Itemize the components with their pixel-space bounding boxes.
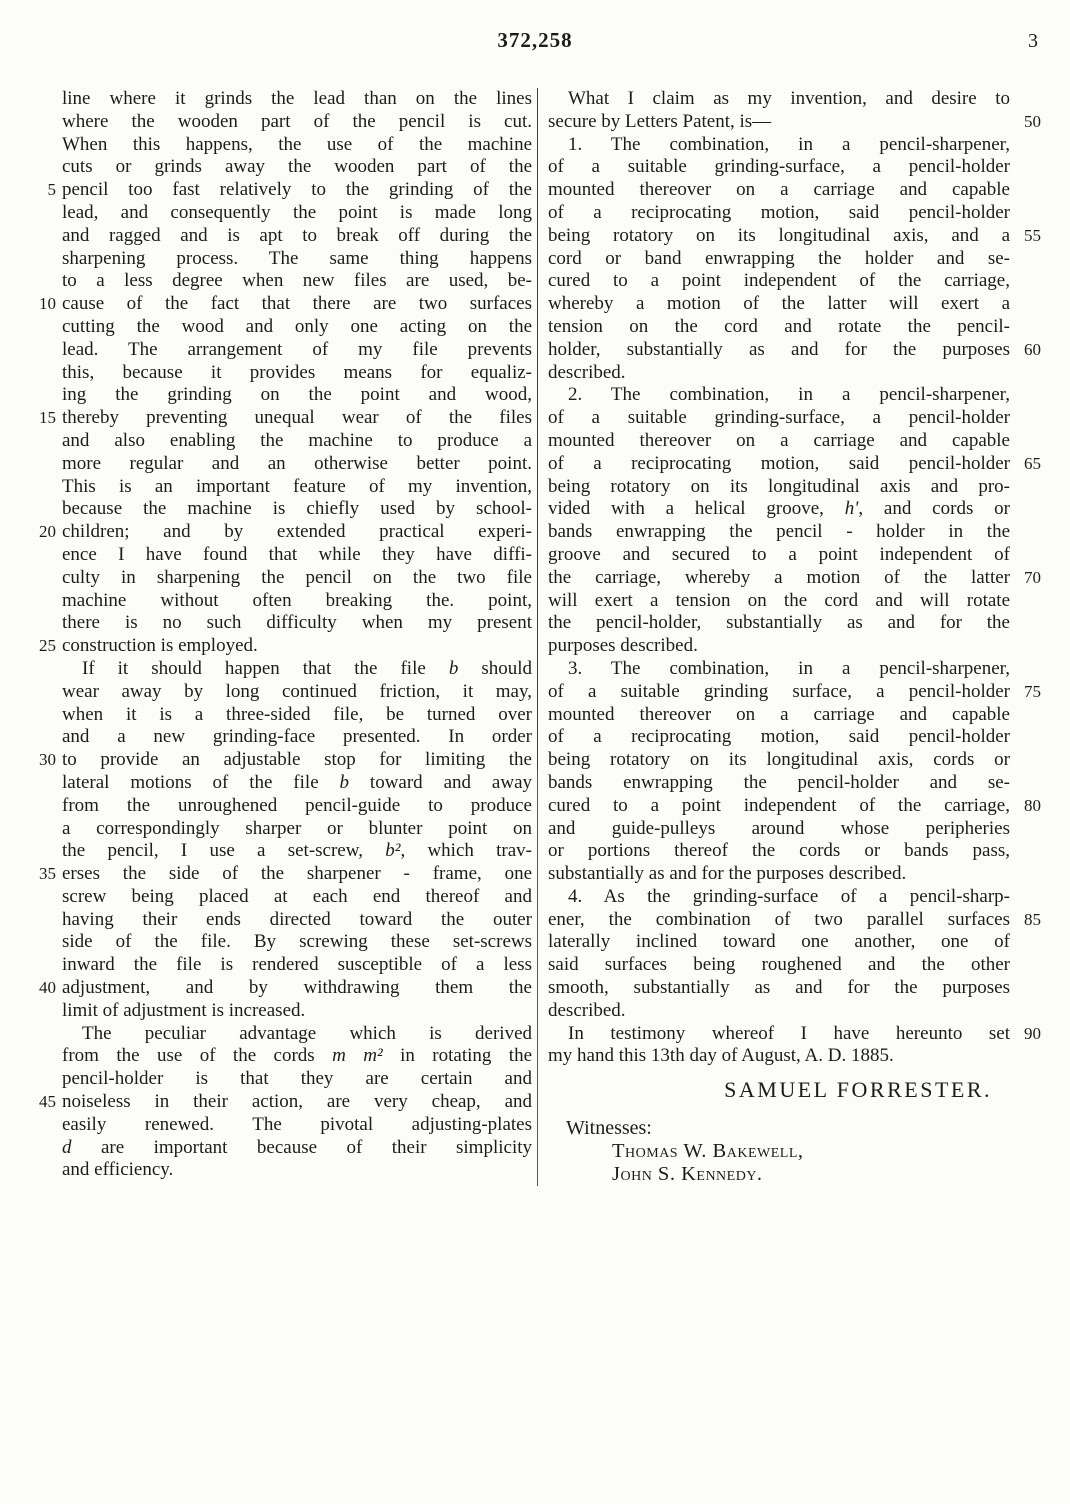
text-line: secure by Letters Patent, is—50: [548, 111, 1060, 134]
line-number: [26, 795, 56, 818]
line-text: easily renewed. The pivotal adjusting-pl…: [62, 1114, 532, 1137]
line-number: [1010, 316, 1060, 339]
line-text: pencil-holder is that they are certain a…: [62, 1068, 532, 1091]
line-number: [1010, 156, 1060, 179]
witness-name: Thomas W. Bakewell,: [548, 1140, 1060, 1163]
line-text: cured to a point independent of the carr…: [548, 270, 1010, 293]
line-text: there is no such difficulty when my pres…: [62, 612, 532, 635]
line-text: limit of adjustment is increased.: [62, 1000, 532, 1023]
text-line: mounted thereover on a carriage and capa…: [548, 430, 1060, 453]
text-line: What I claim as my invention, and desire…: [548, 88, 1060, 111]
line-text: culty in sharpening the pencil on the tw…: [62, 567, 532, 590]
text-line: being rotatory on its longitudinal axis,…: [548, 749, 1060, 772]
line-text: whereby a motion of the latter will exer…: [548, 293, 1010, 316]
line-number: [26, 590, 56, 613]
text-line: lateral motions of the file b toward and…: [26, 772, 532, 795]
patent-page: 372,258 3 line where it grinds the lead …: [0, 0, 1070, 1504]
text-line: or portions thereof the cords or bands p…: [548, 840, 1060, 863]
text-line: 45noiseless in their action, are very ch…: [26, 1091, 532, 1114]
line-number: [26, 1137, 56, 1160]
text-line: described.: [548, 1000, 1060, 1023]
line-number: 50: [1010, 111, 1060, 134]
line-number: [26, 612, 56, 635]
text-line: where the wooden part of the pencil is c…: [26, 111, 532, 134]
text-line: substantially as and for the purposes de…: [548, 863, 1060, 886]
text-line: lead. The arrangement of my file prevent…: [26, 339, 532, 362]
line-text: mounted thereover on a carriage and capa…: [548, 430, 1010, 453]
line-number: [26, 931, 56, 954]
line-text: pencil too fast relatively to the grindi…: [62, 179, 532, 202]
line-number: [26, 316, 56, 339]
line-text: ing the grinding on the point and wood,: [62, 384, 532, 407]
text-line: the pencil, I use a set-screw, b², which…: [26, 840, 532, 863]
text-line: more regular and an otherwise better poi…: [26, 453, 532, 476]
line-text: this, because it provides means for equa…: [62, 362, 532, 385]
line-number: 10: [26, 293, 56, 316]
line-number: [26, 886, 56, 909]
line-number: [1010, 1000, 1060, 1023]
line-text: ener, the combination of two parallel su…: [548, 909, 1010, 932]
line-text: cutting the wood and only one acting on …: [62, 316, 532, 339]
line-number: [26, 156, 56, 179]
line-number: [1010, 635, 1060, 658]
text-line: will exert a tension on the cord and wil…: [548, 590, 1060, 613]
line-text: of a suitable grinding-surface, a pencil…: [548, 156, 1010, 179]
text-line: vided with a helical groove, h', and cor…: [548, 498, 1060, 521]
line-number: [26, 681, 56, 704]
line-text: 1. The combination, in a pencil-sharpene…: [548, 134, 1010, 157]
line-number: 65: [1010, 453, 1060, 476]
line-number: [1010, 863, 1060, 886]
text-line: inward the file is rendered susceptible …: [26, 954, 532, 977]
line-text: to a less degree when new files are used…: [62, 270, 532, 293]
line-text: mounted thereover on a carriage and capa…: [548, 704, 1010, 727]
line-text: cause of the fact that there are two sur…: [62, 293, 532, 316]
line-number: [1010, 270, 1060, 293]
text-line: bands enwrapping the pencil-holder and s…: [548, 772, 1060, 795]
line-number: [26, 544, 56, 567]
line-number: [1010, 818, 1060, 841]
text-line: being rotatory on its longitudinal axis,…: [548, 225, 1060, 248]
line-text: of a reciprocating motion, said pencil-h…: [548, 726, 1010, 749]
text-line: there is no such difficulty when my pres…: [26, 612, 532, 635]
line-number: 15: [26, 407, 56, 430]
line-number: [1010, 134, 1060, 157]
text-line: bands enwrapping the pencil - holder in …: [548, 521, 1060, 544]
line-number: [1010, 1045, 1060, 1068]
right-column: What I claim as my invention, and desire…: [548, 88, 1060, 1186]
text-line: This is an important feature of my inven…: [26, 476, 532, 499]
line-text: a correspondingly sharper or blunter poi…: [62, 818, 532, 841]
line-number: [26, 88, 56, 111]
line-number: [1010, 498, 1060, 521]
text-line: and also enabling the machine to produce…: [26, 430, 532, 453]
text-line: of a reciprocating motion, said pencil-h…: [548, 202, 1060, 225]
text-line: limit of adjustment is increased.: [26, 1000, 532, 1023]
text-line: to a less degree when new files are used…: [26, 270, 532, 293]
line-number: 35: [26, 863, 56, 886]
line-text: vided with a helical groove, h', and cor…: [548, 498, 1010, 521]
line-number: [1010, 954, 1060, 977]
line-number: [26, 818, 56, 841]
line-text: lead. The arrangement of my file prevent…: [62, 339, 532, 362]
text-line: 1. The combination, in a pencil-sharpene…: [548, 134, 1060, 157]
line-text: construction is employed.: [62, 635, 532, 658]
line-text: lead, and consequently the point is made…: [62, 202, 532, 225]
line-number: [26, 384, 56, 407]
line-number: [1010, 658, 1060, 681]
text-line: being rotatory on its longitudinal axis …: [548, 476, 1060, 499]
line-text: mounted thereover on a carriage and capa…: [548, 179, 1010, 202]
text-line: 20children; and by extended practical ex…: [26, 521, 532, 544]
line-text: being rotatory on its longitudinal axis,…: [548, 749, 1010, 772]
text-line: 10cause of the fact that there are two s…: [26, 293, 532, 316]
line-number: [26, 1045, 56, 1068]
line-text: to provide an adjustable stop for limiti…: [62, 749, 532, 772]
text-line: sharpening process. The same thing happe…: [26, 248, 532, 271]
line-text: If it should happen that the file b shou…: [62, 658, 532, 681]
line-text: my hand this 13th day of August, A. D. 1…: [548, 1045, 1010, 1068]
text-line: whereby a motion of the latter will exer…: [548, 293, 1060, 316]
line-text: inward the file is rendered susceptible …: [62, 954, 532, 977]
line-text: and a new grinding-face presented. In or…: [62, 726, 532, 749]
line-text: laterally inclined toward one another, o…: [548, 931, 1010, 954]
text-line: purposes described.: [548, 635, 1060, 658]
line-number: [1010, 476, 1060, 499]
line-number: 55: [1010, 225, 1060, 248]
left-column-lines: line where it grinds the lead than on th…: [26, 88, 532, 1182]
text-line: and efficiency.: [26, 1159, 532, 1182]
line-number: [1010, 977, 1060, 1000]
line-text: children; and by extended practical expe…: [62, 521, 532, 544]
text-line: and ragged and is apt to break off durin…: [26, 225, 532, 248]
line-number: [26, 954, 56, 977]
line-text: of a suitable grinding-surface, a pencil…: [548, 407, 1010, 430]
line-number: [26, 430, 56, 453]
line-number: [26, 362, 56, 385]
text-line: side of the file. By screwing these set-…: [26, 931, 532, 954]
line-text: 4. As the grinding-surface of a pencil-s…: [548, 886, 1010, 909]
text-line: described.: [548, 362, 1060, 385]
text-line: 2. The combination, in a pencil-sharpene…: [548, 384, 1060, 407]
line-text: and guide-pulleys around whose peripheri…: [548, 818, 1010, 841]
line-text: side of the file. By screwing these set-…: [62, 931, 532, 954]
page-number: 3: [1028, 30, 1038, 53]
line-text: holder, substantially as and for the pur…: [548, 339, 1010, 362]
text-line: of a reciprocating motion, said pencil-h…: [548, 726, 1060, 749]
text-line: line where it grinds the lead than on th…: [26, 88, 532, 111]
text-line: The peculiar advantage which is derived: [26, 1023, 532, 1046]
line-number: 20: [26, 521, 56, 544]
line-text: being rotatory on its longitudinal axis …: [548, 476, 1010, 499]
left-column: line where it grinds the lead than on th…: [26, 88, 532, 1182]
line-number: [1010, 931, 1060, 954]
line-number: [26, 567, 56, 590]
text-line: cured to a point independent of the carr…: [548, 270, 1060, 293]
line-number: [1010, 772, 1060, 795]
line-number: [1010, 840, 1060, 863]
line-text: screw being placed at each end thereof a…: [62, 886, 532, 909]
line-text: described.: [548, 1000, 1010, 1023]
line-text: groove and secured to a point independen…: [548, 544, 1010, 567]
text-line: because the machine is chiefly used by s…: [26, 498, 532, 521]
text-line: and guide-pulleys around whose peripheri…: [548, 818, 1060, 841]
text-line: 5pencil too fast relatively to the grind…: [26, 179, 532, 202]
line-number: [26, 498, 56, 521]
text-line: my hand this 13th day of August, A. D. 1…: [548, 1045, 1060, 1068]
line-number: [1010, 362, 1060, 385]
line-text: will exert a tension on the cord and wil…: [548, 590, 1010, 613]
text-line: of a suitable grinding-surface, a pencil…: [548, 407, 1060, 430]
line-number: [26, 1068, 56, 1091]
line-number: [26, 202, 56, 225]
text-line: when it is a three-sided file, be turned…: [26, 704, 532, 727]
text-line: If it should happen that the file b shou…: [26, 658, 532, 681]
line-number: [26, 704, 56, 727]
line-number: 70: [1010, 567, 1060, 590]
line-text: lateral motions of the file b toward and…: [62, 772, 532, 795]
line-number: [26, 225, 56, 248]
text-line: 25construction is employed.: [26, 635, 532, 658]
line-text: This is an important feature of my inven…: [62, 476, 532, 499]
line-number: [1010, 407, 1060, 430]
line-number: [26, 726, 56, 749]
line-text: d are important because of their simplic…: [62, 1137, 532, 1160]
line-number: 40: [26, 977, 56, 1000]
line-text: when it is a three-sided file, be turned…: [62, 704, 532, 727]
text-line: mounted thereover on a carriage and capa…: [548, 704, 1060, 727]
line-number: [1010, 590, 1060, 613]
text-line: of a suitable grinding surface, a pencil…: [548, 681, 1060, 704]
line-text: of a reciprocating motion, said pencil-h…: [548, 453, 1010, 476]
line-text: When this happens, the use of the machin…: [62, 134, 532, 157]
text-line: of a reciprocating motion, said pencil-h…: [548, 453, 1060, 476]
text-line: When this happens, the use of the machin…: [26, 134, 532, 157]
text-line: this, because it provides means for equa…: [26, 362, 532, 385]
line-text: from the use of the cords m m² in rotati…: [62, 1045, 532, 1068]
line-text: or portions thereof the cords or bands p…: [548, 840, 1010, 863]
text-line: wear away by long continued friction, it…: [26, 681, 532, 704]
text-line: machine without often breaking the. poin…: [26, 590, 532, 613]
text-line: a correspondingly sharper or blunter poi…: [26, 818, 532, 841]
right-column-lines: What I claim as my invention, and desire…: [548, 88, 1060, 1068]
text-line: 4. As the grinding-surface of a pencil-s…: [548, 886, 1060, 909]
line-number: [1010, 612, 1060, 635]
line-text: tension on the cord and rotate the penci…: [548, 316, 1010, 339]
line-number: [1010, 88, 1060, 111]
line-number: 5: [26, 179, 56, 202]
patent-number: 372,258: [0, 28, 1070, 53]
text-line: ence I have found that while they have d…: [26, 544, 532, 567]
line-number: [26, 1000, 56, 1023]
line-number: 45: [26, 1091, 56, 1114]
text-line: 30to provide an adjustable stop for limi…: [26, 749, 532, 772]
line-text: What I claim as my invention, and desire…: [548, 88, 1010, 111]
text-line: cord or band enwrapping the holder and s…: [548, 248, 1060, 271]
line-number: [1010, 521, 1060, 544]
text-line: laterally inclined toward one another, o…: [548, 931, 1060, 954]
text-line: screw being placed at each end thereof a…: [26, 886, 532, 909]
line-text: erses the side of the sharpener - frame,…: [62, 863, 532, 886]
line-text: bands enwrapping the pencil - holder in …: [548, 521, 1010, 544]
text-line: tension on the cord and rotate the penci…: [548, 316, 1060, 339]
line-text: substantially as and for the purposes de…: [548, 863, 1010, 886]
text-line: and a new grinding-face presented. In or…: [26, 726, 532, 749]
line-text: noiseless in their action, are very chea…: [62, 1091, 532, 1114]
line-number: 60: [1010, 339, 1060, 362]
text-line: the carriage, whereby a motion of the la…: [548, 567, 1060, 590]
line-number: [26, 111, 56, 134]
line-text: 3. The combination, in a pencil-sharpene…: [548, 658, 1010, 681]
line-text: because the machine is chiefly used by s…: [62, 498, 532, 521]
text-line: from the use of the cords m m² in rotati…: [26, 1045, 532, 1068]
line-text: secure by Letters Patent, is—: [548, 111, 1010, 134]
text-line: easily renewed. The pivotal adjusting-pl…: [26, 1114, 532, 1137]
line-text: the pencil-holder, substantially as and …: [548, 612, 1010, 635]
line-number: [26, 270, 56, 293]
line-number: [26, 1023, 56, 1046]
line-text: adjustment, and by withdrawing them the: [62, 977, 532, 1000]
text-line: 3. The combination, in a pencil-sharpene…: [548, 658, 1060, 681]
line-text: cord or band enwrapping the holder and s…: [548, 248, 1010, 271]
line-text: purposes described.: [548, 635, 1010, 658]
line-number: [26, 476, 56, 499]
line-number: [1010, 726, 1060, 749]
line-number: [26, 1114, 56, 1137]
line-number: 30: [26, 749, 56, 772]
line-text: line where it grinds the lead than on th…: [62, 88, 532, 111]
line-number: [26, 840, 56, 863]
line-text: from the unroughened pencil-guide to pro…: [62, 795, 532, 818]
line-text: and ragged and is apt to break off durin…: [62, 225, 532, 248]
line-number: [1010, 544, 1060, 567]
line-text: cured to a point independent of the carr…: [548, 795, 1010, 818]
line-number: [1010, 430, 1060, 453]
text-line: having their ends directed toward the ou…: [26, 909, 532, 932]
text-line: ing the grinding on the point and wood,: [26, 384, 532, 407]
inventor-signature: SAMUEL FORRESTER.: [548, 1077, 1010, 1103]
line-text: cuts or grinds away the wooden part of t…: [62, 156, 532, 179]
line-number: [1010, 384, 1060, 407]
text-line: said surfaces being roughened and the ot…: [548, 954, 1060, 977]
witnesses-label: Witnesses:: [548, 1116, 1060, 1140]
line-text: where the wooden part of the pencil is c…: [62, 111, 532, 134]
line-text: The peculiar advantage which is derived: [62, 1023, 532, 1046]
text-line: of a suitable grinding-surface, a pencil…: [548, 156, 1060, 179]
line-text: and also enabling the machine to produce…: [62, 430, 532, 453]
line-text: of a suitable grinding surface, a pencil…: [548, 681, 1010, 704]
text-line: from the unroughened pencil-guide to pro…: [26, 795, 532, 818]
line-number: [26, 658, 56, 681]
line-text: bands enwrapping the pencil-holder and s…: [548, 772, 1010, 795]
line-text: the carriage, whereby a motion of the la…: [548, 567, 1010, 590]
text-line: cuts or grinds away the wooden part of t…: [26, 156, 532, 179]
line-number: [1010, 749, 1060, 772]
line-text: ence I have found that while they have d…: [62, 544, 532, 567]
text-line: lead, and consequently the point is made…: [26, 202, 532, 225]
line-number: [1010, 179, 1060, 202]
line-number: [26, 339, 56, 362]
line-text: described.: [548, 362, 1010, 385]
line-number: [26, 248, 56, 271]
line-text: the pencil, I use a set-screw, b², which…: [62, 840, 532, 863]
line-text: sharpening process. The same thing happe…: [62, 248, 532, 271]
text-line: cutting the wood and only one acting on …: [26, 316, 532, 339]
text-line: the pencil-holder, substantially as and …: [548, 612, 1060, 635]
line-number: [26, 134, 56, 157]
column-divider: [537, 88, 538, 1186]
text-line: cured to a point independent of the carr…: [548, 795, 1060, 818]
witness-name: John S. Kennedy.: [548, 1163, 1060, 1186]
text-line: ener, the combination of two parallel su…: [548, 909, 1060, 932]
text-line: 15thereby preventing unequal wear of the…: [26, 407, 532, 430]
text-line: d are important because of their simplic…: [26, 1137, 532, 1160]
line-number: [1010, 886, 1060, 909]
text-line: smooth, substantially as and for the pur…: [548, 977, 1060, 1000]
text-line: 35erses the side of the sharpener - fram…: [26, 863, 532, 886]
line-number: 75: [1010, 681, 1060, 704]
line-text: being rotatory on its longitudinal axis,…: [548, 225, 1010, 248]
line-text: more regular and an otherwise better poi…: [62, 453, 532, 476]
text-line: mounted thereover on a carriage and capa…: [548, 179, 1060, 202]
line-number: 85: [1010, 909, 1060, 932]
line-number: [26, 772, 56, 795]
line-number: 80: [1010, 795, 1060, 818]
line-number: [26, 453, 56, 476]
text-line: In testimony whereof I have hereunto set…: [548, 1023, 1060, 1046]
text-line: culty in sharpening the pencil on the tw…: [26, 567, 532, 590]
line-number: 90: [1010, 1023, 1060, 1046]
line-text: thereby preventing unequal wear of the f…: [62, 407, 532, 430]
line-number: [1010, 202, 1060, 225]
line-number: [1010, 248, 1060, 271]
text-line: pencil-holder is that they are certain a…: [26, 1068, 532, 1091]
text-line: groove and secured to a point independen…: [548, 544, 1060, 567]
line-text: and efficiency.: [62, 1159, 532, 1182]
line-number: [1010, 293, 1060, 316]
line-text: said surfaces being roughened and the ot…: [548, 954, 1010, 977]
line-text: 2. The combination, in a pencil-sharpene…: [548, 384, 1010, 407]
line-text: of a reciprocating motion, said pencil-h…: [548, 202, 1010, 225]
line-text: smooth, substantially as and for the pur…: [548, 977, 1010, 1000]
line-number: [1010, 704, 1060, 727]
line-text: machine without often breaking the. poin…: [62, 590, 532, 613]
line-text: wear away by long continued friction, it…: [62, 681, 532, 704]
line-number: [26, 909, 56, 932]
text-line: 40adjustment, and by withdrawing them th…: [26, 977, 532, 1000]
line-text: In testimony whereof I have hereunto set: [548, 1023, 1010, 1046]
line-text: having their ends directed toward the ou…: [62, 909, 532, 932]
text-line: holder, substantially as and for the pur…: [548, 339, 1060, 362]
line-number: [26, 1159, 56, 1182]
line-number: 25: [26, 635, 56, 658]
